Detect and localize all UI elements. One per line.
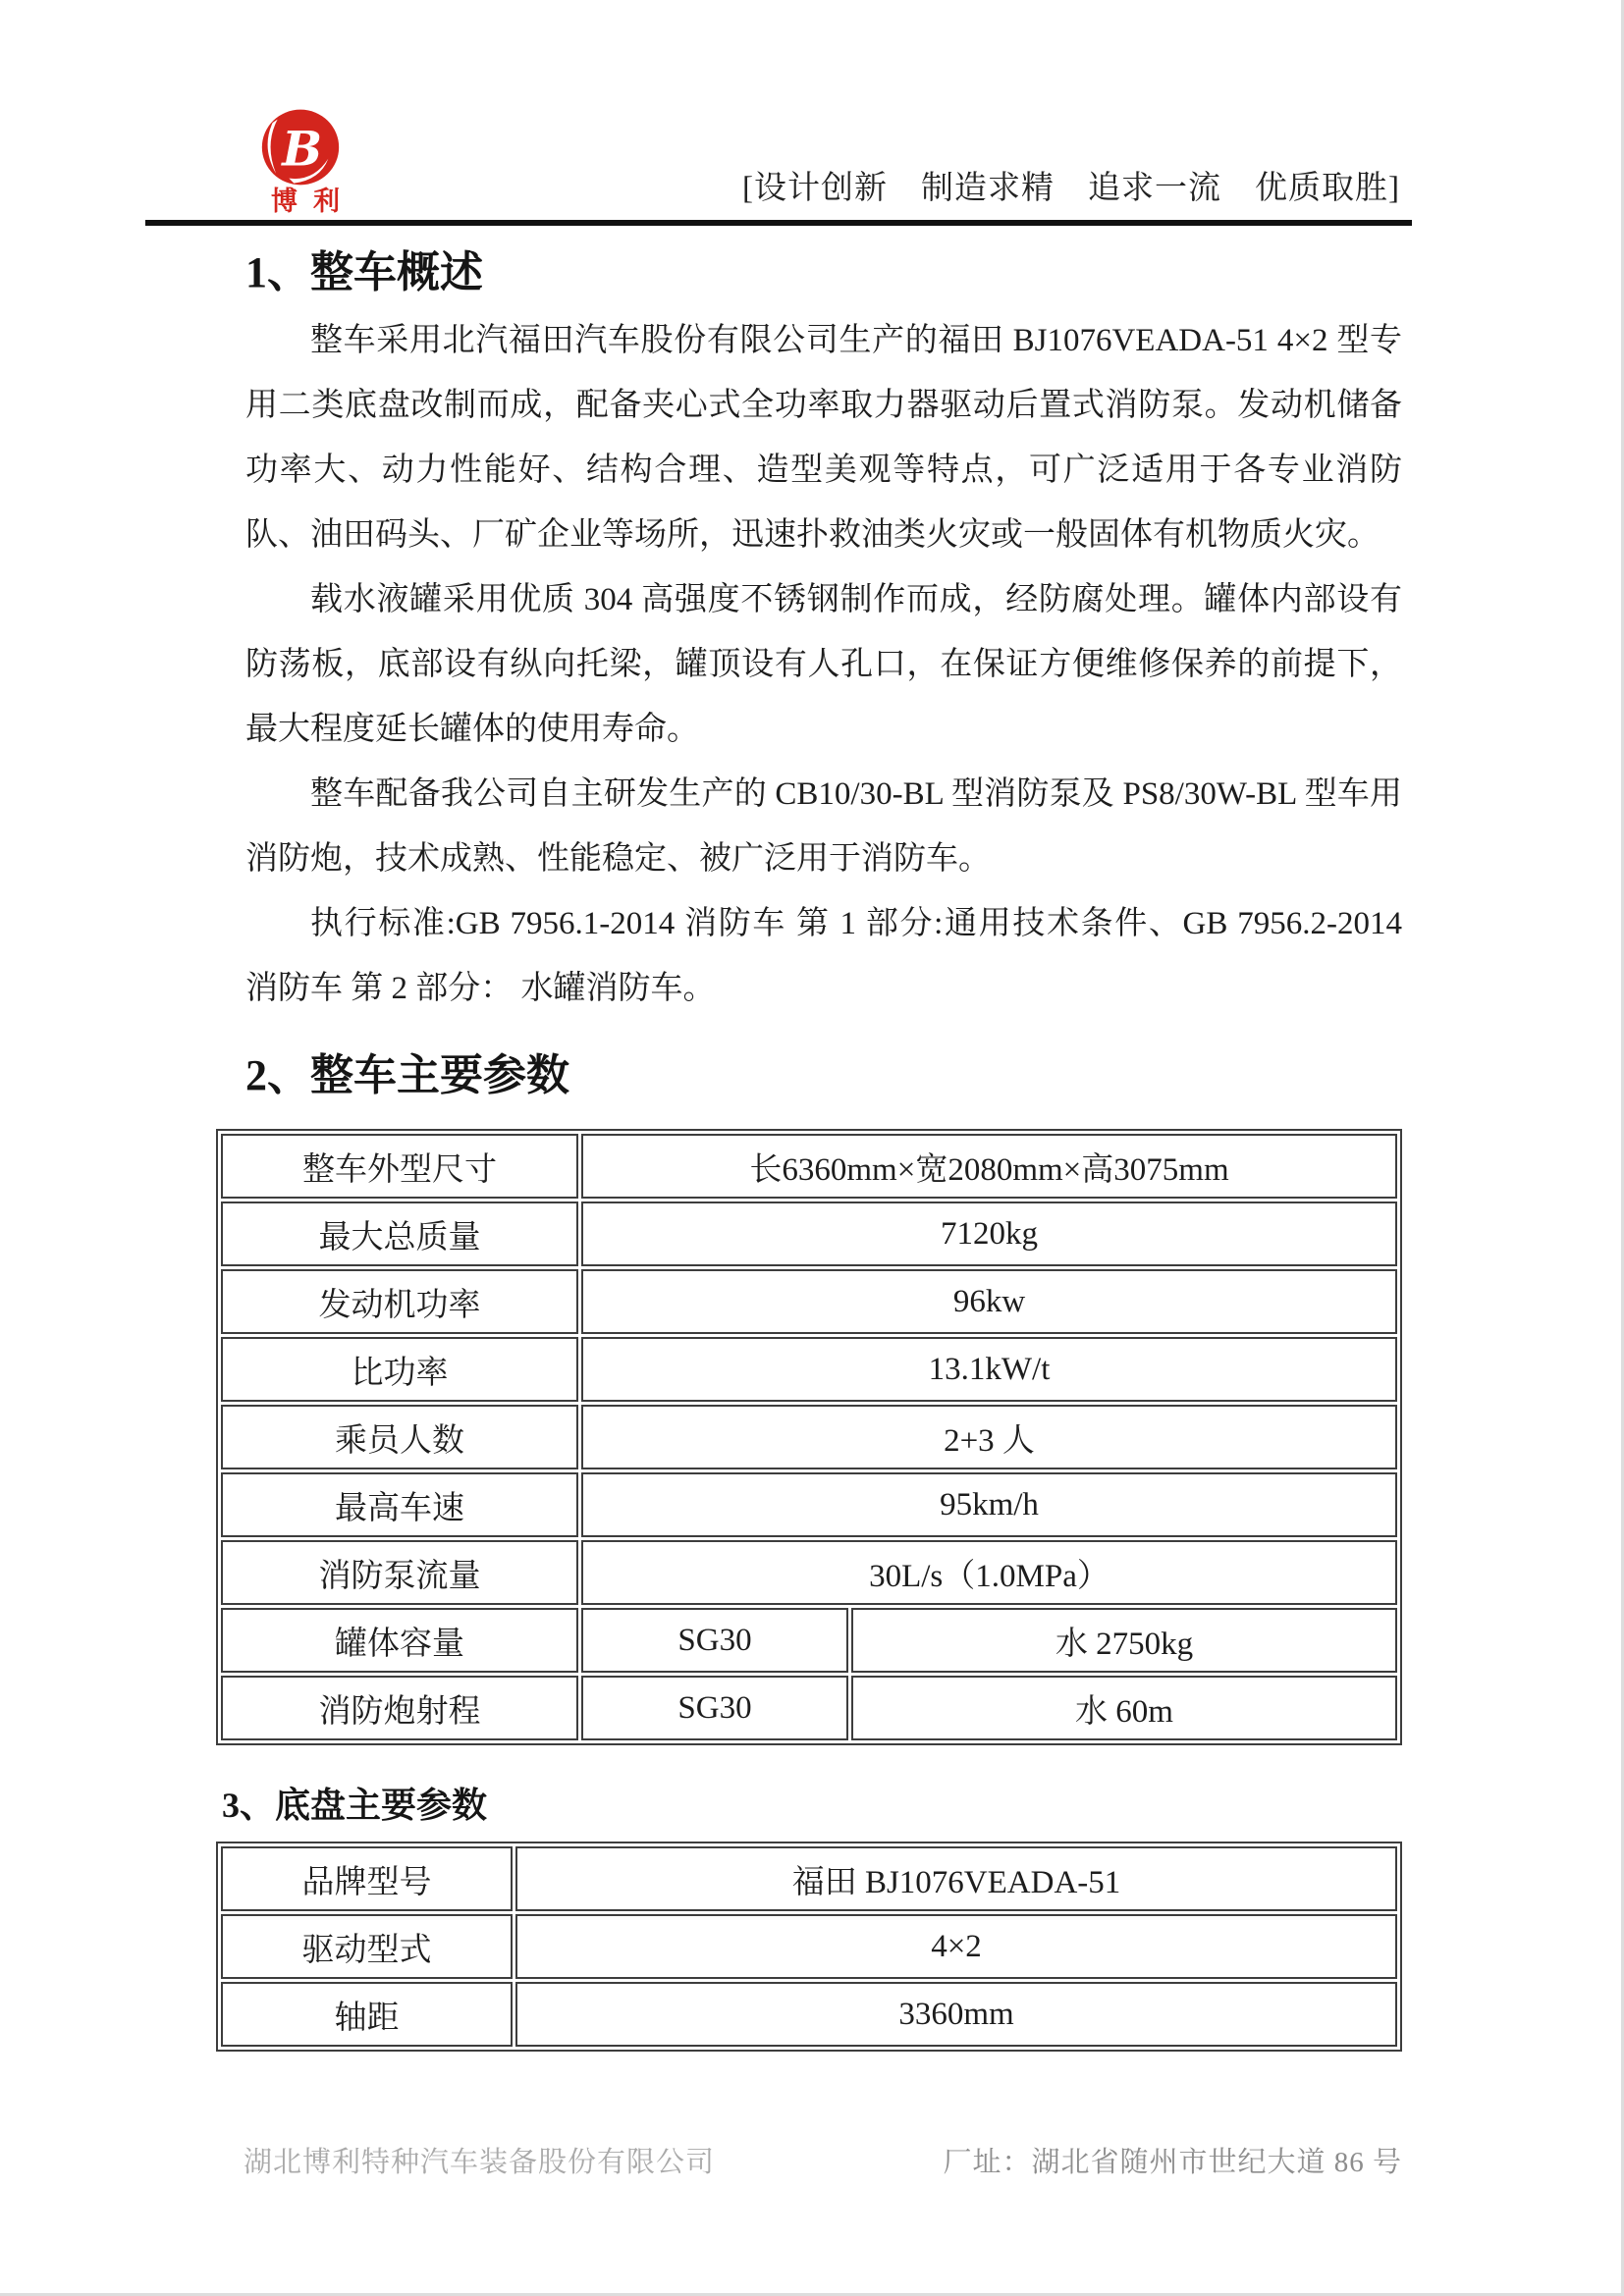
table-row: 罐体容量 SG30 水 2750kg	[221, 1608, 1397, 1673]
footer-company-name: 湖北博利特种汽车装备股份有限公司	[216, 2140, 715, 2180]
param-label: 整车外型尺寸	[221, 1134, 578, 1199]
param-label: 消防炮射程	[221, 1676, 578, 1740]
param-label: 品牌型号	[221, 1846, 513, 1911]
table-row: 最大总质量 7120kg	[221, 1201, 1397, 1266]
param-value: 2+3 人	[581, 1405, 1397, 1469]
table-row: 乘员人数 2+3 人	[221, 1405, 1397, 1469]
table-row: 比功率 13.1kW/t	[221, 1337, 1397, 1402]
section-1-title: 1、整车概述	[245, 247, 1402, 298]
param-value: 水 2750kg	[851, 1608, 1397, 1673]
chassis-parameters-table: 品牌型号 福田 BJ1076VEADA-51 驱动型式 4×2 轴距 3360m…	[216, 1842, 1402, 2052]
paragraph: 整车采用北汽福田汽车股份有限公司生产的福田 BJ1076VEADA-51 4×2…	[245, 308, 1402, 567]
table-row: 消防炮射程 SG30 水 60m	[221, 1676, 1397, 1740]
param-value: 福田 BJ1076VEADA-51	[515, 1846, 1397, 1911]
param-value: 96kw	[581, 1269, 1397, 1334]
footer-factory-address: 厂址：湖北省随州市世纪大道 86 号	[943, 2140, 1402, 2180]
boli-logo-icon: B	[259, 108, 342, 187]
table-row: 驱动型式 4×2	[221, 1914, 1397, 1979]
param-value: 4×2	[515, 1914, 1397, 1979]
company-logo: B 博利	[255, 108, 346, 215]
param-label: 比功率	[221, 1337, 578, 1402]
page-content: B 博利 [设计创新 制造求精 追求一流 优质取胜] 1、整车概述 整车采用北汽…	[216, 0, 1402, 2052]
page-footer: 湖北博利特种汽车装备股份有限公司 厂址：湖北省随州市世纪大道 86 号	[216, 2140, 1402, 2180]
param-value: 水 60m	[851, 1676, 1397, 1740]
param-label: 最大总质量	[221, 1201, 578, 1266]
param-value: 长6360mm×宽2080mm×高3075mm	[581, 1134, 1397, 1199]
table-row: 整车外型尺寸 长6360mm×宽2080mm×高3075mm	[221, 1134, 1397, 1199]
paragraph: 整车配备我公司自主研发生产的 CB10/30-BL 型消防泵及 PS8/30W-…	[245, 762, 1402, 891]
logo-monogram: B	[280, 122, 322, 177]
document-page: B 博利 [设计创新 制造求精 追求一流 优质取胜] 1、整车概述 整车采用北汽…	[0, 0, 1624, 2296]
header-divider	[145, 220, 1412, 226]
table-row: 品牌型号 福田 BJ1076VEADA-51	[221, 1846, 1397, 1911]
param-value: 30L/s（1.0MPa）	[581, 1540, 1397, 1605]
logo-brand-text: 博利	[255, 188, 346, 215]
table-row: 轴距 3360mm	[221, 1982, 1397, 2047]
table-row: 消防泵流量 30L/s（1.0MPa）	[221, 1540, 1397, 1605]
param-label: 发动机功率	[221, 1269, 578, 1334]
param-label: 最高车速	[221, 1472, 578, 1537]
section-3-title: 3、底盘主要参数	[222, 1785, 1402, 1826]
param-type: SG30	[581, 1608, 848, 1673]
param-value: 13.1kW/t	[581, 1337, 1397, 1402]
table-row: 发动机功率 96kw	[221, 1269, 1397, 1334]
param-value: 7120kg	[581, 1201, 1397, 1266]
param-label: 乘员人数	[221, 1405, 578, 1469]
param-label: 罐体容量	[221, 1608, 578, 1673]
param-label: 消防泵流量	[221, 1540, 578, 1605]
page-header: B 博利 [设计创新 制造求精 追求一流 优质取胜]	[216, 0, 1402, 226]
header-slogan: [设计创新 制造求精 追求一流 优质取胜]	[742, 162, 1400, 208]
table-row: 最高车速 95km/h	[221, 1472, 1397, 1537]
paragraph: 载水液罐采用优质 304 高强度不锈钢制作而成，经防腐处理。罐体内部设有防荡板，…	[245, 567, 1402, 762]
param-type: SG30	[581, 1676, 848, 1740]
param-value: 95km/h	[581, 1472, 1397, 1537]
section-2-title: 2、整车主要参数	[245, 1050, 1402, 1101]
param-value: 3360mm	[515, 1982, 1397, 2047]
paragraph: 执行标准:GB 7956.1-2014 消防车 第 1 部分:通用技术条件、GB…	[245, 891, 1402, 1021]
param-label: 轴距	[221, 1982, 513, 2047]
vehicle-parameters-table: 整车外型尺寸 长6360mm×宽2080mm×高3075mm 最大总质量 712…	[216, 1129, 1402, 1745]
param-label: 驱动型式	[221, 1914, 513, 1979]
